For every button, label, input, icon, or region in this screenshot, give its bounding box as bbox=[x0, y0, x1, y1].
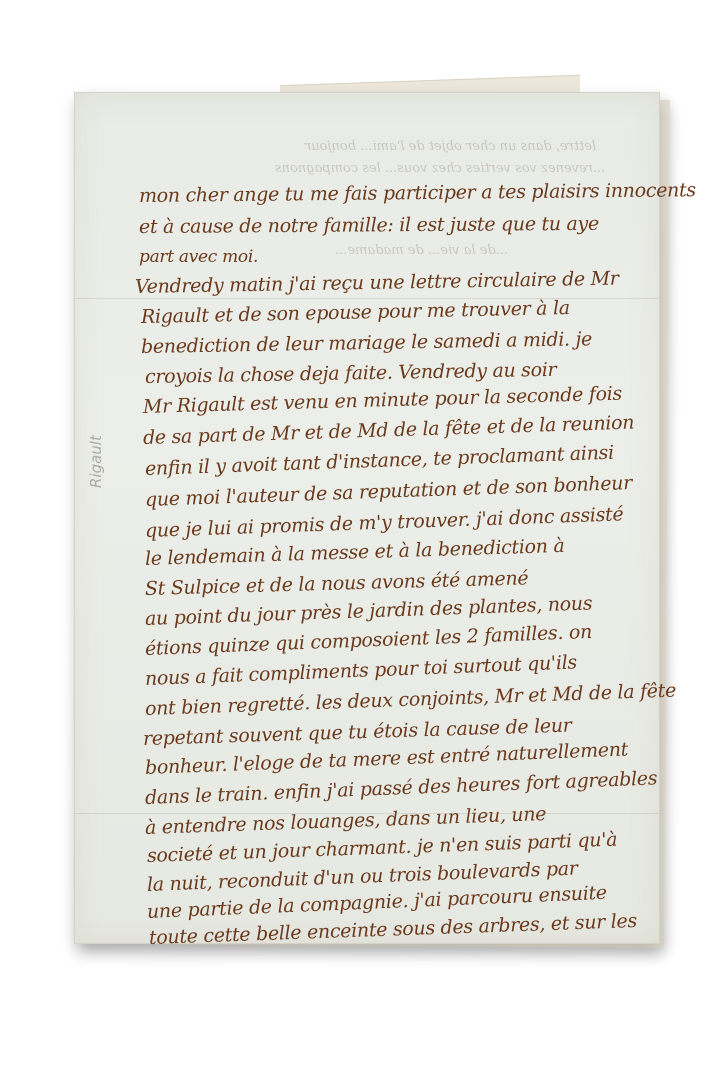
show-through-text: ...de la vie... de madame... bbox=[335, 243, 508, 258]
pencil-margin-note: Rigault bbox=[87, 435, 105, 488]
letter-line: Vendredy matin j'ai reçu une lettre circ… bbox=[135, 268, 619, 298]
letter-line: St Sulpice et de la nous avons été amené bbox=[145, 567, 529, 600]
show-through-text: lettre, dans un cher objet de l'ami... b… bbox=[305, 139, 596, 154]
letter-line: le lendemain à la messe et à la benedict… bbox=[145, 535, 565, 570]
letter-line: Rigault et de son epouse pour me trouver… bbox=[141, 297, 570, 328]
letter-page: lettre, dans un cher objet de l'ami... b… bbox=[74, 92, 660, 944]
letter-line: croyois la chose deja faite. Vendredy au… bbox=[145, 359, 557, 388]
letter-line: benediction de leur mariage le samedi a … bbox=[141, 328, 592, 358]
letter-line: et à cause de notre famille: il est just… bbox=[139, 213, 599, 238]
letter-line: part avec moi. bbox=[139, 247, 258, 267]
letter-line: Mr Rigault est venu en minute pour la se… bbox=[143, 383, 623, 418]
letter-line: mon cher ange tu me fais participer a te… bbox=[139, 179, 696, 207]
show-through-text: ...revenez vos verties chez vous... les … bbox=[275, 161, 605, 176]
